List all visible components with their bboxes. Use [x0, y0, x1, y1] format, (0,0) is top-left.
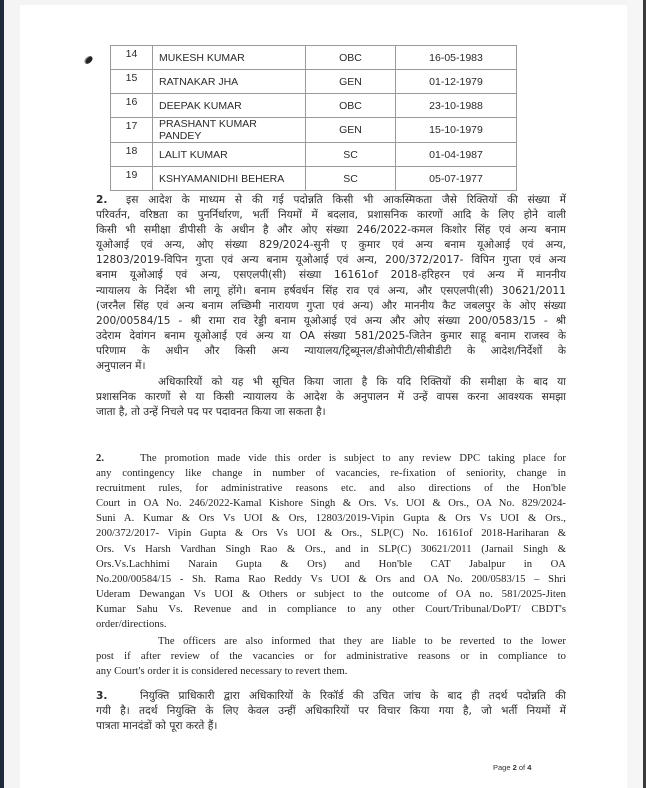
text-line: 200/00584/15 - श्री रामा राव रेड्डी बनाम… — [96, 314, 566, 329]
text-line: गयी है। तदर्थ नियुक्ति के लिए केवल उन्ही… — [96, 704, 566, 719]
line-text: किसी भी समीक्षा डीपीसी के अधीन है और ओए … — [96, 224, 566, 236]
text-line: Uderam Dewangan Vs UOI & Others or subje… — [96, 587, 566, 602]
line-text: गयी है। तदर्थ नियुक्ति के लिए केवल उन्ही… — [96, 705, 566, 717]
text-line: किसी भी समीक्षा डीपीसी के अधीन है और ओए … — [96, 223, 566, 238]
category-cell: OBC — [306, 94, 396, 118]
table-row: 15RATNAKAR JHAGEN01-12-1979 — [111, 70, 517, 94]
line-text: Suni A. Kumar & Ors Vs UOI & Ors, 12803/… — [96, 513, 566, 524]
line-text: परिणाम के अधीन और किसी अन्य न्यायालय/ट्र… — [96, 345, 566, 357]
viewer-right-gutter — [627, 0, 643, 788]
line-text: प्रशासनिक कारणों से या किसी न्यायालय के … — [96, 391, 566, 403]
line-text: बनाम यूओआई एवं अन्य, एसएलपी(सी) संख्या 1… — [96, 269, 566, 281]
text-line: Kumar Sahu Vs. Revenue and in compliance… — [96, 602, 566, 617]
line-text: इस आदेश के माध्यम से की गई पदोन्नति किसी… — [126, 194, 566, 206]
text-line: The officers are also informed that they… — [96, 634, 566, 649]
text-line: परिणाम के अधीन और किसी अन्य न्यायालय/ट्र… — [96, 344, 566, 359]
text-line: प्रशासनिक कारणों से या किसी न्यायालय के … — [96, 390, 566, 405]
line-text: The officers are also informed that they… — [158, 636, 566, 647]
text-line: न्यायालय के निर्देश भी लागू होंगे। बनाम … — [96, 284, 566, 299]
text-line: 3. नियुक्ति प्राधिकारी द्वारा अधिकारियों… — [96, 689, 566, 704]
text-line: No.200/00584/15 - Sh. Rama Rao Reddy Vs … — [96, 572, 566, 587]
table-row: 18LALIT KUMARSC01-04-1987 — [111, 143, 517, 167]
line-text: Uderam Dewangan Vs UOI & Others or subje… — [96, 589, 566, 600]
line-text: recruitment rules, for administrative re… — [96, 483, 566, 494]
line-text: 200/00584/15 - श्री रामा राव रेड्डी बनाम… — [96, 315, 566, 327]
category-cell: SC — [306, 143, 396, 167]
text-line: order/directions. — [96, 617, 566, 632]
paragraph-2-hindi-note: अधिकारियों को यह भी सूचित किया जाता है क… — [96, 375, 566, 420]
text-line: बनाम यूओआई एवं अन्य, एसएलपी(सी) संख्या 1… — [96, 268, 566, 283]
text-line: Ors. Vs Harsh Vardhan Singh Rao & Ors., … — [96, 542, 566, 557]
category-cell: GEN — [306, 118, 396, 143]
line-text: (जरनैल सिंह एवं अन्य बनाम लच्छिमी नारायण… — [96, 300, 566, 312]
line-text: नियुक्ति प्राधिकारी द्वारा अधिकारियों के… — [140, 690, 566, 702]
text-line: 200/372/2017- Vipin Gupta & Ors Vs UOI &… — [96, 526, 566, 541]
line-text: The promotion made vide this order is su… — [140, 453, 566, 464]
serial-number-cell: 14 — [111, 46, 153, 70]
name-cell: MUKESH KUMAR — [153, 46, 306, 70]
line-text: परिवर्तन, वरिष्ठता का पुनर्निर्धारण, भर्… — [96, 209, 566, 221]
date-of-birth-cell: 05-07-1977 — [396, 167, 517, 191]
text-line: अधिकारियों को यह भी सूचित किया जाता है क… — [96, 375, 566, 390]
serial-number-cell: 17 — [111, 118, 153, 143]
category-cell: SC — [306, 167, 396, 191]
line-text: Ors. Vs Harsh Vardhan Singh Rao & Ors., … — [96, 544, 566, 555]
paragraph-3-hindi: 3. नियुक्ति प्राधिकारी द्वारा अधिकारियों… — [96, 689, 566, 734]
text-line: 12803/2019-विपिन गुप्ता एवं अन्य बनाम यू… — [96, 253, 566, 268]
line-text: अधिकारियों को यह भी सूचित किया जाता है क… — [158, 376, 566, 388]
text-line: Suni A. Kumar & Ors Vs UOI & Ors, 12803/… — [96, 511, 566, 526]
of-label: of — [519, 763, 525, 772]
date-of-birth-cell: 16-05-1983 — [396, 46, 517, 70]
text-line: Ors.Vs.Lachhimi Narain Gupta & Ors) and … — [96, 557, 566, 572]
paragraph-number: 2. — [96, 193, 126, 208]
line-text: 200/372/2017- Vipin Gupta & Ors Vs UOI &… — [96, 528, 566, 539]
line-text: पात्रता मानदंडों को पूरा करते हैं। — [96, 720, 217, 732]
table-row: 14MUKESH KUMAROBC16-05-1983 — [111, 46, 517, 70]
page-total: 4 — [527, 763, 531, 772]
text-line: (जरनैल सिंह एवं अन्य बनाम लच्छिमी नारायण… — [96, 299, 566, 314]
text-line: जाता है, तो उन्हें निचले पद पर पदावनत कि… — [96, 405, 566, 420]
date-of-birth-cell: 15-10-1979 — [396, 118, 517, 143]
line-text: न्यायालय के निर्देश भी लागू होंगे। बनाम … — [96, 285, 566, 297]
date-of-birth-cell: 01-12-1979 — [396, 70, 517, 94]
line-text: any Court's order it is considered neces… — [96, 666, 347, 677]
category-cell: GEN — [306, 70, 396, 94]
line-text: जाता है, तो उन्हें निचले पद पर पदावनत कि… — [96, 406, 326, 418]
text-line: उदेराम देवांगन बनाम यूओआई एवं अन्य या OA… — [96, 329, 566, 344]
text-line: परिवर्तन, वरिष्ठता का पुनर्निर्धारण, भर्… — [96, 208, 566, 223]
text-line: any contingency like change in number of… — [96, 466, 566, 481]
line-text: यूओआई एवं अन्य, ओए संख्या 829/2024-सुनी … — [96, 239, 566, 251]
paragraph-number: 3. — [96, 689, 140, 704]
line-text: 12803/2019-विपिन गुप्ता एवं अन्य बनाम यू… — [96, 254, 566, 266]
text-line: any Court's order it is considered neces… — [96, 664, 566, 679]
page-current: 2 — [513, 763, 517, 772]
text-line: 2. इस आदेश के माध्यम से की गई पदोन्नति क… — [96, 193, 566, 208]
text-line: यूओआई एवं अन्य, ओए संख्या 829/2024-सुनी … — [96, 238, 566, 253]
name-cell: PRASHANT KUMAR PANDEY — [153, 118, 306, 143]
name-cell: RATNAKAR JHA — [153, 70, 306, 94]
serial-number-cell: 15 — [111, 70, 153, 94]
promotion-table: 14MUKESH KUMAROBC16-05-198315RATNAKAR JH… — [110, 45, 517, 191]
page-label: Page — [493, 763, 511, 772]
name-cell: DEEPAK KUMAR — [153, 94, 306, 118]
table-row: 19KSHYAMANIDHI BEHERASC05-07-1977 — [111, 167, 517, 191]
line-text: order/directions. — [96, 619, 167, 630]
text-line: Court in OA No. 246/2022-Kamal Kishore S… — [96, 496, 566, 511]
window-left-edge — [0, 0, 4, 788]
serial-number-cell: 18 — [111, 143, 153, 167]
serial-number-cell: 19 — [111, 167, 153, 191]
line-text: अनुपालन में। — [96, 360, 146, 372]
text-line: post if after review of the vacancies or… — [96, 649, 566, 664]
serial-number-cell: 16 — [111, 94, 153, 118]
date-of-birth-cell: 01-04-1987 — [396, 143, 517, 167]
text-line: recruitment rules, for administrative re… — [96, 481, 566, 496]
table-row: 16DEEPAK KUMAROBC23-10-1988 — [111, 94, 517, 118]
table-row: 17PRASHANT KUMAR PANDEYGEN15-10-1979 — [111, 118, 517, 143]
line-text: No.200/00584/15 - Sh. Rama Rao Reddy Vs … — [96, 574, 566, 585]
line-text: Kumar Sahu Vs. Revenue and in compliance… — [96, 604, 566, 615]
line-text: Ors.Vs.Lachhimi Narain Gupta & Ors) and … — [96, 559, 566, 570]
name-cell: KSHYAMANIDHI BEHERA — [153, 167, 306, 191]
paragraph-number: 2. — [96, 451, 140, 466]
line-text: post if after review of the vacancies or… — [96, 651, 566, 662]
category-cell: OBC — [306, 46, 396, 70]
page-footer: Page 2 of 4 — [493, 763, 531, 772]
text-line: अनुपालन में। — [96, 359, 566, 374]
date-of-birth-cell: 23-10-1988 — [396, 94, 517, 118]
paragraph-2-english-note: The officers are also informed that they… — [96, 634, 566, 679]
text-line: पात्रता मानदंडों को पूरा करते हैं। — [96, 719, 566, 734]
text-line: 2. The promotion made vide this order is… — [96, 451, 566, 466]
paragraph-2-english: 2. The promotion made vide this order is… — [96, 451, 566, 632]
name-cell: LALIT KUMAR — [153, 143, 306, 167]
line-text: any contingency like change in number of… — [96, 468, 566, 479]
paragraph-2-hindi: 2. इस आदेश के माध्यम से की गई पदोन्नति क… — [96, 193, 566, 374]
line-text: Court in OA No. 246/2022-Kamal Kishore S… — [96, 498, 566, 509]
line-text: उदेराम देवांगन बनाम यूओआई एवं अन्य या OA… — [96, 330, 566, 342]
